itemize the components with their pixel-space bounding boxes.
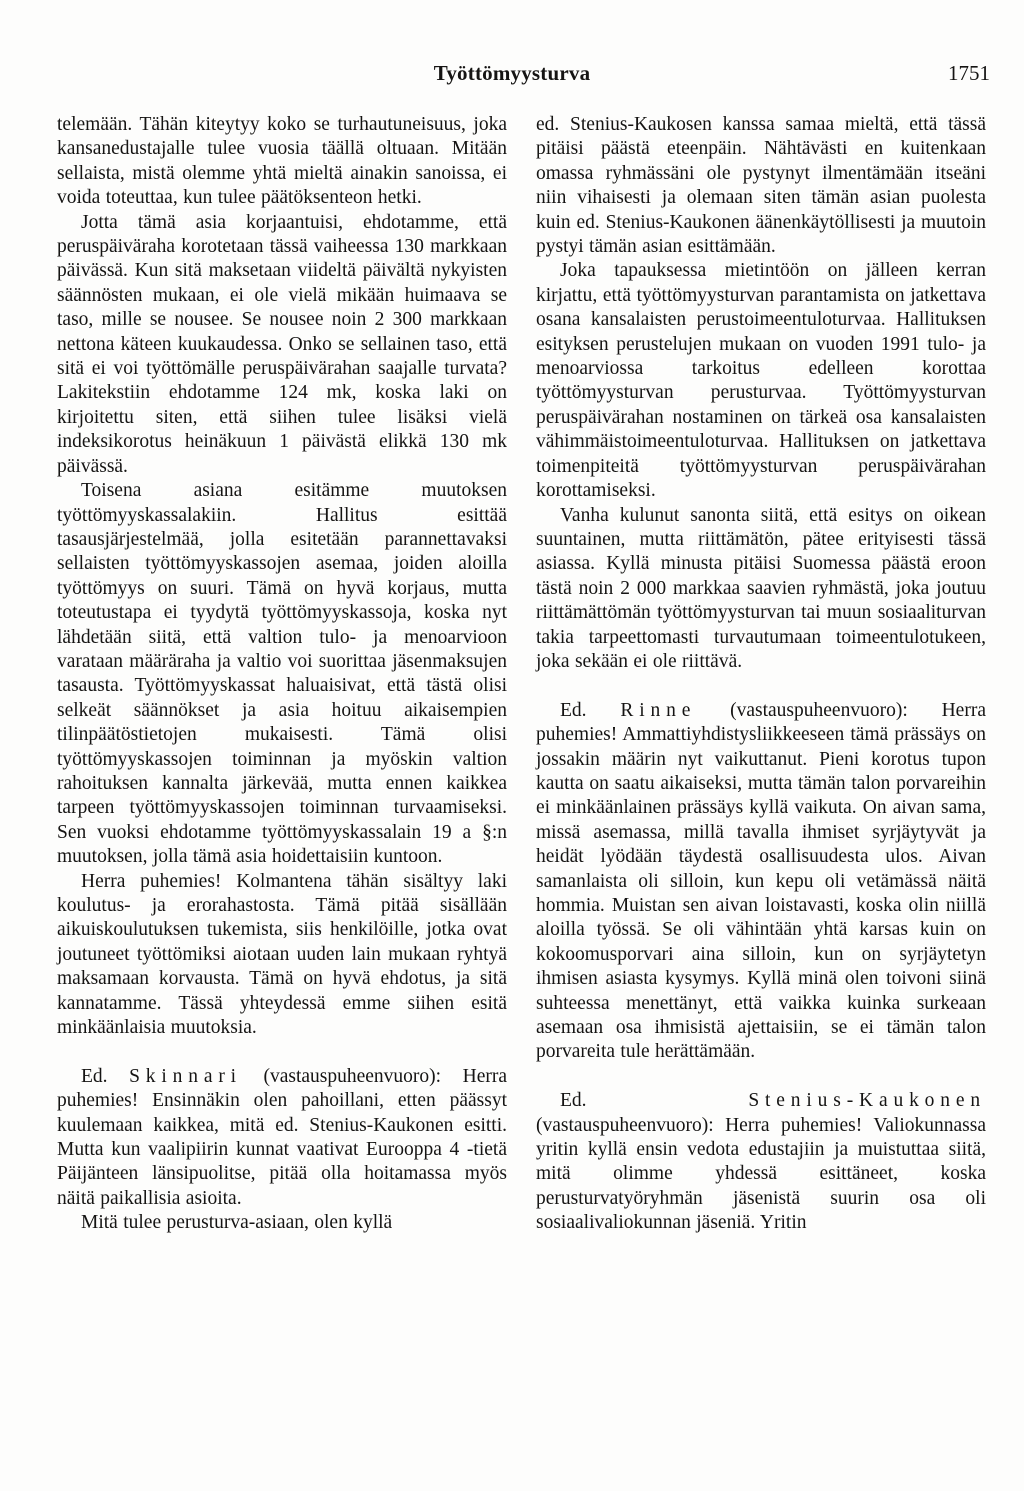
paragraph: ed. Stenius-Kaukosen kanssa samaa mieltä…	[536, 113, 986, 259]
speech-text: (vastauspuheenvuoro): Herra puhemies! Va…	[536, 1115, 986, 1234]
speech-paragraph: Ed. Stenius-Kaukonen (vastauspuheenvuoro…	[536, 1089, 986, 1235]
paragraph: Mitä tulee perusturva-asiaan, olen kyllä	[57, 1211, 507, 1235]
speech-paragraph: Ed. Skinnari (vastauspuheenvuoro): Herra…	[57, 1065, 507, 1211]
speaker-name: Stenius-Kaukonen	[748, 1090, 986, 1111]
speech-text: (vastauspuheenvuoro): Herra puhemies! Am…	[536, 700, 986, 1063]
speaker-name: Rinne	[620, 700, 696, 721]
speech-paragraph: Ed. Rinne (vastauspuheenvuoro): Herra pu…	[536, 699, 986, 1065]
speech-text: (vastauspuheenvuoro): Herra puhemies! En…	[57, 1066, 507, 1209]
running-title: Työttömyysturva	[0, 61, 1024, 86]
paragraph: Herra puhemies! Kolmantena tähän sisälty…	[57, 870, 507, 1041]
speaker-name: Skinnari	[129, 1066, 242, 1087]
paragraph: Joka tapauksessa mietintöön on jälleen k…	[536, 259, 986, 503]
page-number: 1751	[948, 61, 990, 86]
document-page: Työttömyysturva 1751 telemään. Tähän kit…	[0, 0, 1024, 1491]
right-column: ed. Stenius-Kaukosen kanssa samaa mieltä…	[536, 113, 986, 1236]
speaker-prefix: Ed.	[81, 1066, 129, 1087]
paragraph: telemään. Tähän kiteytyy koko se turhaut…	[57, 113, 507, 211]
paragraph: Jotta tämä asia korjaantuisi, ehdotamme,…	[57, 211, 507, 479]
paragraph: Toisena asiana esitämme muutoksen työttö…	[57, 479, 507, 870]
speaker-prefix: Ed.	[560, 1090, 748, 1111]
paragraph: Vanha kulunut sanonta siitä, että esitys…	[536, 504, 986, 675]
left-column: telemään. Tähän kiteytyy koko se turhaut…	[57, 113, 507, 1236]
speaker-prefix: Ed.	[560, 700, 620, 721]
text-columns: telemään. Tähän kiteytyy koko se turhaut…	[57, 113, 986, 1236]
